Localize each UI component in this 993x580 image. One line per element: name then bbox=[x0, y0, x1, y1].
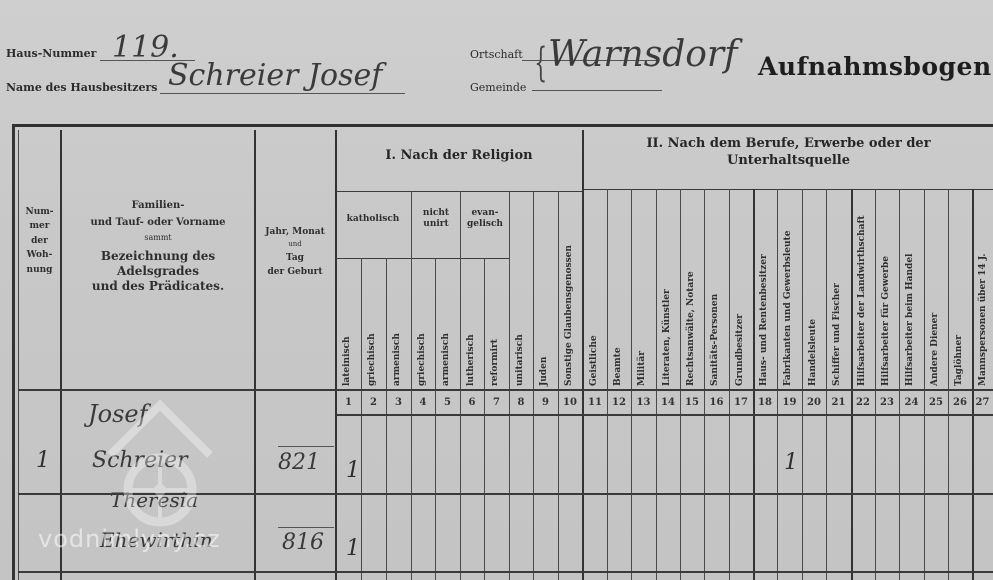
col-label-17: Grundbesitzer bbox=[735, 196, 745, 386]
col-label-21: Schiffer und Fischer bbox=[832, 196, 842, 386]
hausbesitzer-underline bbox=[160, 93, 405, 94]
col-label-16: Sanitäts-Personen bbox=[710, 196, 720, 386]
group-katholisch: katholisch bbox=[336, 214, 410, 225]
watermark-text: vodnimlyny.cz bbox=[38, 525, 221, 553]
brace-icon: { bbox=[534, 40, 547, 86]
census-sheet: Haus-Nummer 119. Name des Hausbesitzers … bbox=[0, 0, 993, 580]
row-religion-mark: 1 bbox=[346, 536, 360, 561]
ortschaft-label: Ortschaft bbox=[470, 48, 523, 61]
row-wohnung: 1 bbox=[36, 448, 50, 473]
col-label-25: Andere Diener bbox=[930, 196, 940, 386]
col-label-5: armenisch bbox=[441, 262, 451, 386]
beruf-title-divider bbox=[584, 189, 993, 190]
number-row-bottom-line bbox=[336, 414, 993, 416]
name-header: Familien- und Tauf- oder Vorname sammt B… bbox=[62, 200, 254, 294]
gemeinde-label: Gemeinde bbox=[470, 81, 526, 94]
hausbesitzer-value: Schreier Josef bbox=[168, 58, 382, 93]
religion-section-title: I. Nach der Religion bbox=[336, 148, 582, 165]
table-left-border bbox=[12, 124, 15, 580]
col-sep-nummer bbox=[60, 130, 62, 580]
col-label-12: Beamte bbox=[613, 196, 623, 386]
col-label-10: Sonstige Glaubensgenossen bbox=[564, 196, 574, 386]
col-label-14: Literaten, Künstler bbox=[662, 196, 672, 386]
religion-title-divider bbox=[336, 191, 582, 192]
col-label-19: Fabrikanten und Gewerbsleute bbox=[783, 196, 793, 386]
col-sep-geburt bbox=[335, 130, 337, 580]
col-label-23: Hilfsarbeiter für Gewerbe bbox=[881, 196, 891, 386]
row-geburt: 821 bbox=[278, 450, 320, 475]
col-label-13: Militär bbox=[637, 196, 647, 386]
col-label-4: griechisch bbox=[417, 262, 427, 386]
col-label-11: Geistliche bbox=[589, 196, 599, 386]
row-beruf-mark: 1 bbox=[784, 450, 798, 475]
beruf-section-title: II. Nach dem Berufe, Erwerbe oder der Un… bbox=[584, 136, 993, 170]
col-label-22: Hilfsarbeiter der Landwirthschaft bbox=[857, 196, 867, 386]
col-label-24: Hilfsarbeiter beim Handel bbox=[905, 196, 915, 386]
col-label-15: Rechtsanwälte, Notare bbox=[686, 196, 696, 386]
col-label-18: Haus- und Rentenbesitzer bbox=[759, 196, 769, 386]
row-religion-mark: 1 bbox=[346, 458, 360, 483]
col-sep-religion bbox=[582, 130, 584, 580]
col-label-7: reformirt bbox=[490, 262, 500, 386]
haus-nummer-label: Haus-Nummer bbox=[6, 47, 96, 60]
col-label-3: armenisch bbox=[392, 262, 402, 386]
col-label-1: lateinisch bbox=[342, 262, 352, 386]
col-label-20: Handelsleute bbox=[808, 196, 818, 386]
group-evangelisch: evan- gelisch bbox=[461, 208, 509, 231]
hausbesitzer-label: Name des Hausbesitzers bbox=[6, 81, 157, 94]
ortschaft-value: Warnsdorf bbox=[548, 34, 737, 75]
col-label-8: unitarisch bbox=[515, 262, 525, 386]
gemeinde-underline bbox=[532, 90, 662, 91]
group-nicht-unirt: nicht unirt bbox=[412, 208, 460, 231]
watermill-logo-icon bbox=[100, 395, 220, 545]
col-label-27: Mannspersonen über 14 J. bbox=[978, 196, 988, 386]
row-geburt: 816 bbox=[282, 530, 324, 555]
row-2-bottom-line bbox=[18, 571, 993, 573]
table-top-border bbox=[12, 124, 993, 127]
col-label-2: griechisch bbox=[367, 262, 377, 386]
col-label-9: Juden bbox=[539, 262, 549, 386]
col-sep-name bbox=[254, 130, 256, 580]
page-title: Aufnahmsbogen bbox=[758, 52, 992, 81]
header-bottom-line bbox=[18, 389, 993, 391]
col-label-26: Taglöhner bbox=[954, 196, 964, 386]
geburt-header: Jahr, Monat und Tag der Geburt bbox=[255, 225, 335, 279]
col-label-6: lutherisch bbox=[466, 262, 476, 386]
nummer-header: Num- mer der Woh- nung bbox=[19, 205, 60, 277]
table-inner-left-border bbox=[18, 130, 19, 580]
